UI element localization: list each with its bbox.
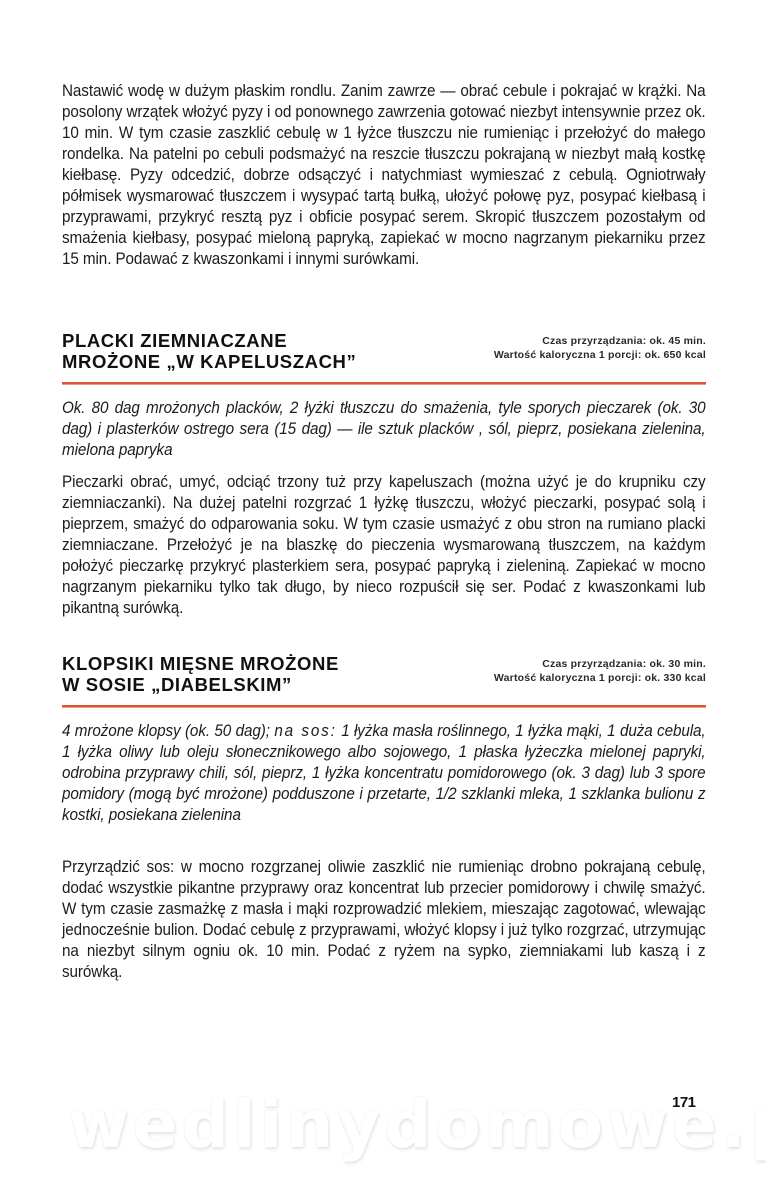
section-divider xyxy=(62,382,706,385)
recipe-header-placki: PLACKI ZIEMNIACZANE MROŻONE „W KAPELUSZA… xyxy=(62,330,706,372)
intro-paragraph: Nastawić wodę w dużym płaskim rondlu. Za… xyxy=(62,81,706,270)
prep-time: Czas przyrządzania: ok. 45 min. xyxy=(494,334,706,348)
calories: Wartość kaloryczna 1 porcji: ok. 650 kca… xyxy=(494,348,706,362)
recipe-header-klopsiki: KLOPSIKI MIĘSNE MROŻONE W SOSIE „DIABELS… xyxy=(62,653,706,695)
ingredients-prefix: 4 mrożone klopsy (ok. 50 dag); xyxy=(62,722,274,740)
ingredients-klopsiki: 4 mrożone klopsy (ok. 50 dag); na sos: 1… xyxy=(62,721,706,826)
watermark: wedlinydomowe.pl xyxy=(68,1086,766,1163)
calories: Wartość kaloryczna 1 porcji: ok. 330 kca… xyxy=(494,671,706,685)
ingredients-placki: Ok. 80 dag mrożonych placków, 2 łyżki tł… xyxy=(62,398,706,461)
instructions-klopsiki: Przyrządzić sos: w mocno rozgrzanej oliw… xyxy=(62,857,706,983)
section-divider xyxy=(62,705,706,708)
recipe-meta: Czas przyrządzania: ok. 45 min. Wartość … xyxy=(494,334,706,362)
book-page: Nastawić wodę w dużym płaskim rondlu. Za… xyxy=(0,0,766,1200)
ingredients-sauce-label: na sos: xyxy=(274,722,336,740)
page-number: 171 xyxy=(672,1094,696,1111)
recipe-meta: Czas przyrządzania: ok. 30 min. Wartość … xyxy=(494,657,706,685)
instructions-placki: Pieczarki obrać, umyć, odciąć trzony tuż… xyxy=(62,472,706,619)
prep-time: Czas przyrządzania: ok. 30 min. xyxy=(494,657,706,671)
